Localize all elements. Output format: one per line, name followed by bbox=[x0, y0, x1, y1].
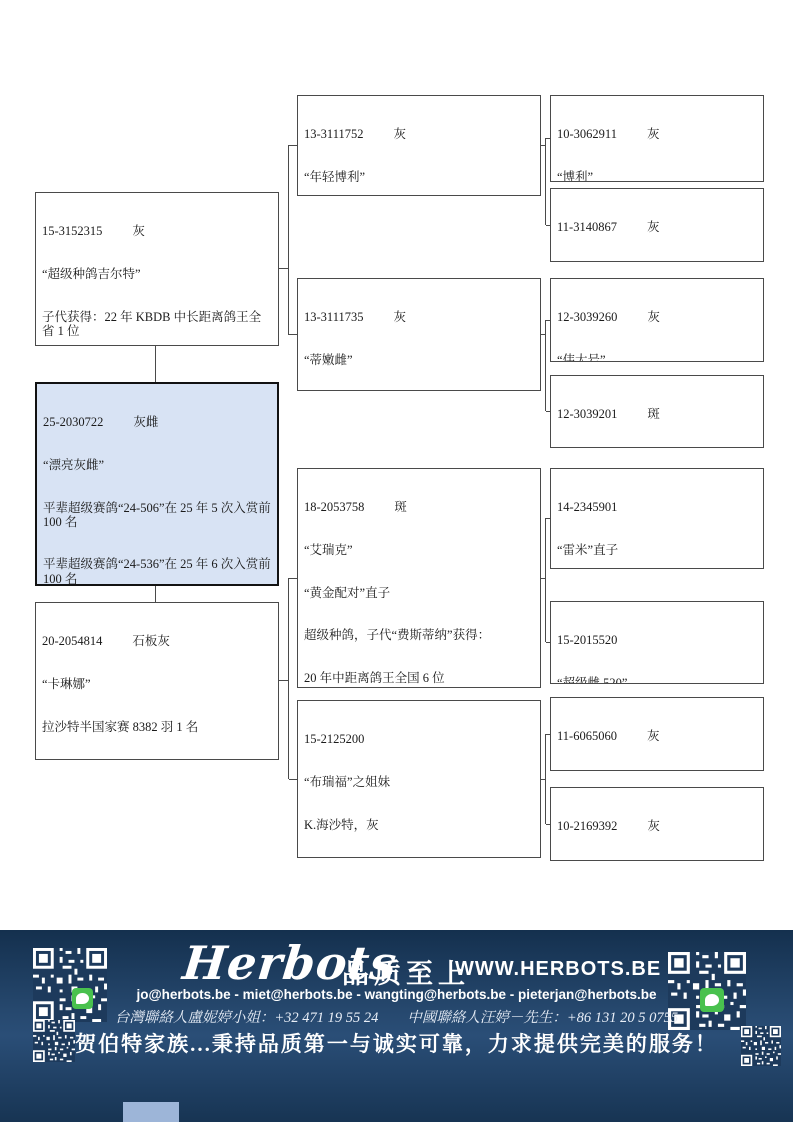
pedigree-line: “布瑞福”之姐妹 bbox=[304, 775, 534, 789]
pedigree-connector bbox=[279, 268, 288, 269]
color-label: 斑 bbox=[647, 407, 660, 421]
ring-number: 15-3152315 bbox=[42, 224, 102, 238]
pedigree-connector bbox=[546, 138, 550, 139]
email-links[interactable]: jo@herbots.be - miet@herbots.be - wangti… bbox=[0, 987, 793, 1002]
website-link[interactable]: WWW.HERBOTS.BE bbox=[455, 958, 661, 981]
color-label: 灰 bbox=[647, 127, 660, 141]
sire-box: 15-3152315灰 “超级种鸽吉尔特” 子代获得：22 年 KBDB 中长距… bbox=[35, 192, 279, 346]
great-grandparent-box-3: 12-3039260灰 “伟大号” 克里斯汀.卢克 盖雷国家赛 7681 羽 2… bbox=[550, 278, 764, 362]
pedigree-line: “黄金配对”直子 bbox=[304, 586, 534, 600]
box-header: 10-3062911灰 bbox=[557, 127, 757, 141]
color-label: 灰 bbox=[132, 224, 145, 238]
color-label: 斑 bbox=[394, 500, 407, 514]
pedigree-connector bbox=[545, 518, 546, 642]
pedigree-line: “艾瑞克” bbox=[304, 543, 534, 557]
box-header: 11-6065060灰 bbox=[557, 729, 757, 743]
dam-box: 20-2054814石板灰 “卡琳娜” 拉沙特半国家赛 8382 羽 1 名 罗… bbox=[35, 602, 279, 760]
pedigree-line: 平辈超级赛鸽“24-536”在 25 年 6 次入赏前 100 名 bbox=[43, 557, 271, 585]
box-header: 18-2053758斑 bbox=[304, 500, 534, 514]
pedigree-line: 拉沙特半国家赛 8382 羽 1 名 bbox=[42, 720, 272, 734]
pedigree-line: “漂亮灰雌” bbox=[43, 458, 271, 472]
great-grandparent-box-1: 10-3062911灰 “博利” 超级赛鸽，亚精顿省赛 1418 羽 7 名 bbox=[550, 95, 764, 182]
pedigree-line: “卡琳娜” bbox=[42, 677, 272, 691]
ring-number: 12-3039260 bbox=[557, 310, 617, 324]
pedigree-connector bbox=[155, 346, 156, 382]
ring-number: 20-2054814 bbox=[42, 634, 102, 648]
box-header: 13-3111752灰 bbox=[304, 127, 534, 141]
ring-number: 25-2030722 bbox=[43, 415, 103, 429]
footer-slogan: 贺伯特家族...秉持品质第一与诚实可靠，力求提供完美的服务！ bbox=[0, 1028, 793, 1058]
color-label: 灰 bbox=[647, 310, 660, 324]
great-grandparent-box-6: 15-2015520 “超级雌 520” 艾瑞克·林伯格，灰 平辈获得：16 年… bbox=[550, 601, 764, 684]
footer-bottom-tab bbox=[123, 1102, 179, 1122]
great-grandparent-box-8: 10-2169392灰 “塔姆 92 迪诺” 子代代表：“布瑞福”（迪诺-贺伯特… bbox=[550, 787, 764, 861]
pedigree-line: 平辈超级赛鸽“24-506”在 25 年 5 次入赏前 100 名 bbox=[43, 501, 271, 529]
box-header: 13-3111735灰 bbox=[304, 310, 534, 324]
pedigree-line: 子代获得：22 年 KBDB 中长距离鸽王全省 1 位 bbox=[42, 310, 272, 338]
contact-info: 台灣聯絡人盧妮婷小姐：+32 471 19 55 24 中國聯絡人汪婷－先生：+… bbox=[0, 1006, 793, 1027]
pedigree-connector bbox=[546, 824, 550, 825]
pedigree-connector bbox=[546, 734, 550, 735]
box-header: 15-2015520 bbox=[557, 633, 757, 647]
maternal-granddam-box: 15-2125200 “布瑞福”之姐妹 K.海沙特，灰 利蒙治国家赛 15013… bbox=[297, 700, 541, 858]
pedigree-line: “超级雌 520” bbox=[557, 676, 757, 684]
color-label: 石板灰 bbox=[132, 634, 170, 648]
great-grandparent-box-5: 14-2345901 “雷米”直子 艾瑞克·林伯格，斑 半平辈“斯巴达克”获得：… bbox=[550, 468, 764, 569]
color-label: 灰 bbox=[394, 310, 407, 324]
pedigree-line: K.海沙特，灰 bbox=[304, 818, 534, 832]
pedigree-line: “博利” bbox=[557, 170, 757, 182]
box-header: 20-2054814石板灰 bbox=[42, 634, 272, 648]
ring-number: 12-3039201 bbox=[557, 407, 617, 421]
box-header: 10-2169392灰 bbox=[557, 819, 757, 833]
pedigree-connector bbox=[289, 578, 297, 579]
box-header: 14-2345901 bbox=[557, 500, 757, 514]
footer-band: Herbots 品质至上 WWW.HERBOTS.BE jo@herbots.b… bbox=[0, 930, 793, 1122]
pedigree-line: “超级种鸽吉尔特” bbox=[42, 267, 272, 281]
pedigree-line: “蒂嫩雌” bbox=[304, 353, 534, 367]
maternal-grandsire-box: 18-2053758斑 “艾瑞克” “黄金配对”直子 超级种鸽，子代“费斯蒂纳”… bbox=[297, 468, 541, 688]
box-header: 12-3039260灰 bbox=[557, 310, 757, 324]
pedigree-connector bbox=[546, 518, 550, 519]
pedigree-line: “年轻博利” bbox=[304, 170, 534, 184]
ring-number: 14-2345901 bbox=[557, 500, 617, 514]
box-header: 12-3039201斑 bbox=[557, 407, 757, 421]
pedigree-line: 超级种鸽，子代“费斯蒂纳”获得： bbox=[304, 628, 534, 642]
pedigree-line: “伟大号” bbox=[557, 353, 757, 362]
great-grandparent-box-7: 11-6065060灰 “美好里奥” 子代代表：“布瑞福” 里奥·德杨赫 bbox=[550, 697, 764, 771]
pedigree-connector bbox=[288, 145, 289, 335]
ring-number: 15-2015520 bbox=[557, 633, 617, 647]
subject-box: 25-2030722灰雌 “漂亮灰雌” 平辈超级赛鸽“24-506”在 25 年… bbox=[35, 382, 279, 586]
ring-number: 10-3062911 bbox=[557, 127, 617, 141]
color-label: 灰 bbox=[647, 819, 660, 833]
pedigree-connector bbox=[279, 680, 288, 681]
ring-number: 11-3140867 bbox=[557, 220, 617, 234]
quality-tagline: 品质至上 bbox=[342, 952, 470, 991]
pedigree-line: “雷米”直子 bbox=[557, 543, 757, 557]
pedigree-connector bbox=[289, 334, 297, 335]
ring-number: 11-6065060 bbox=[557, 729, 617, 743]
great-grandparent-box-4: 12-3039201斑 “伊尔丝” 克里斯汀.卢克 bbox=[550, 375, 764, 448]
pedigree-connector bbox=[546, 320, 550, 321]
color-label: 灰 bbox=[647, 220, 660, 234]
pedigree-connector bbox=[289, 779, 297, 780]
box-header: 15-3152315灰 bbox=[42, 224, 272, 238]
paternal-grandsire-box: 13-3111752灰 “年轻博利” 克里斯汀.卢克 亚精顿省赛 3235 羽 … bbox=[297, 95, 541, 196]
color-label: 灰雌 bbox=[133, 415, 158, 429]
paternal-granddam-box: 13-3111735灰 “蒂嫩雌” 克里斯汀.卢克 克莱蒙特 548 羽 4 名… bbox=[297, 278, 541, 391]
pedigree-connector bbox=[546, 225, 550, 226]
box-header: 11-3140867灰 bbox=[557, 220, 757, 234]
great-grandparent-box-2: 11-3140867灰 “多娜” 克里斯汀.卢克 bbox=[550, 188, 764, 262]
pedigree-connector bbox=[546, 642, 550, 643]
box-header: 25-2030722灰雌 bbox=[43, 415, 271, 429]
pedigree-connector bbox=[546, 411, 550, 412]
pedigree-connector bbox=[545, 734, 546, 824]
ring-number: 18-2053758 bbox=[304, 500, 364, 514]
pedigree-connector bbox=[155, 586, 156, 602]
ring-number: 13-3111735 bbox=[304, 310, 364, 324]
pedigree-connector bbox=[288, 578, 289, 779]
pedigree-line: 20 年中距离鸽王全国 6 位 bbox=[304, 671, 534, 685]
ring-number: 15-2125200 bbox=[304, 732, 364, 746]
color-label: 灰 bbox=[647, 729, 660, 743]
box-header: 15-2125200 bbox=[304, 732, 534, 746]
ring-number: 10-2169392 bbox=[557, 819, 617, 833]
pedigree-connector bbox=[545, 138, 546, 225]
pedigree-connector bbox=[289, 145, 297, 146]
pedigree-connector bbox=[545, 320, 546, 411]
ring-number: 13-3111752 bbox=[304, 127, 364, 141]
color-label: 灰 bbox=[394, 127, 407, 141]
